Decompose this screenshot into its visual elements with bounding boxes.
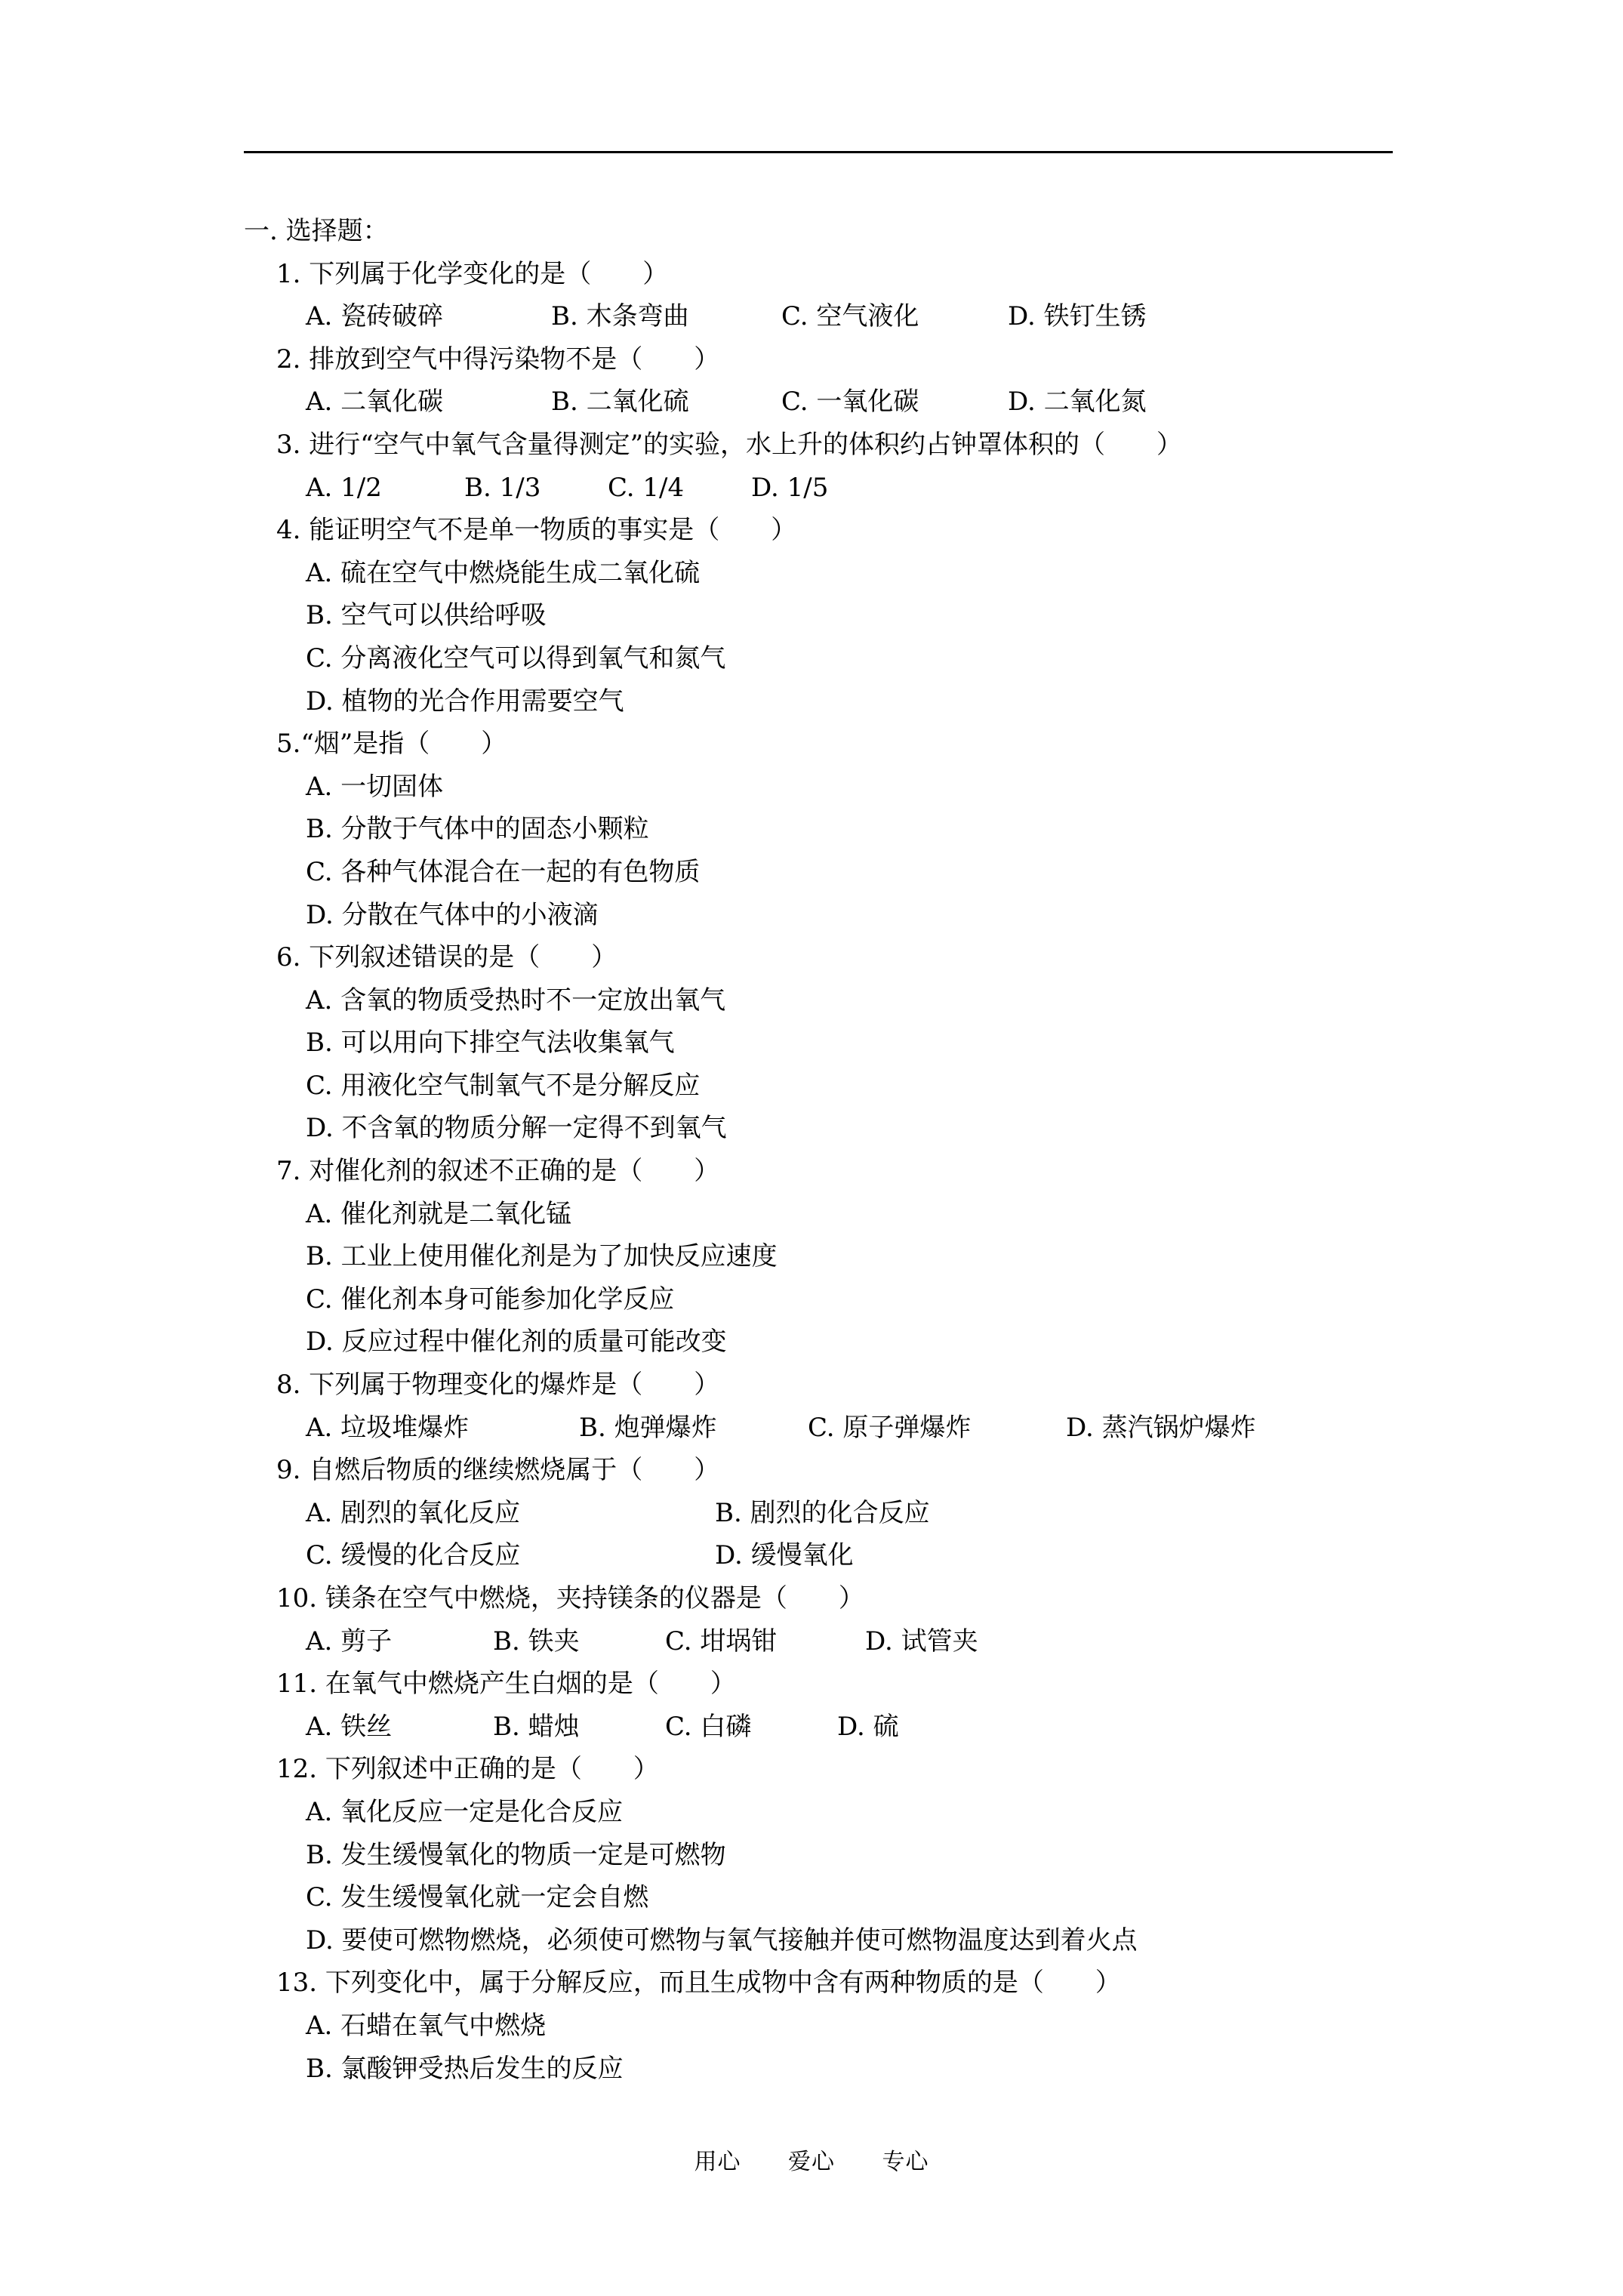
answer-option: C. 缓慢的化合反应 [306,1534,715,1577]
answer-option: C. 一氧化碳 [781,381,1008,424]
answer-option: D. 反应过程中催化剂的质量可能改变 [244,1321,1421,1364]
question-stem: 1. 下列属于化学变化的是（ ） [244,253,1421,296]
section-title: 一. 选择题： [244,210,1421,253]
answer-option: A. 1/2 [306,467,464,510]
answer-option: D. 分散在气体中的小液滴 [244,894,1421,937]
answer-option: D. 试管夹 [865,1620,1016,1663]
options-row: A. 剪子B. 铁夹C. 坩埚钳D. 试管夹 [244,1620,1421,1663]
answer-option: A. 二氧化碳 [306,381,551,424]
footer-text-2: 爱心 [788,2143,835,2176]
question-stem: 2. 排放到空气中得污染物不是（ ） [244,338,1421,381]
header-rule [244,151,1393,153]
answer-option: C. 白磷 [665,1706,837,1749]
answer-option: C. 各种气体混合在一起的有色物质 [244,851,1421,894]
options-row: A. 铁丝B. 蜡烛C. 白磷D. 硫 [244,1706,1421,1749]
page-footer: 用心 爱心 专心 [0,2143,1623,2176]
answer-option: D. 不含氧的物质分解一定得不到氧气 [244,1107,1421,1150]
answer-option: D. 要使可燃物燃烧，必须使可燃物与氧气接触并使可燃物温度达到着火点 [244,1919,1421,1962]
question-stem: 8. 下列属于物理变化的爆炸是（ ） [244,1364,1421,1407]
answer-option: B. 蜡烛 [493,1706,665,1749]
question-stem: 13. 下列变化中，属于分解反应，而且生成物中含有两种物质的是（ ） [244,1962,1421,2005]
answer-option: C. 原子弹爆炸 [808,1407,1066,1450]
answer-option: B. 木条弯曲 [551,295,781,338]
question-stem: 12. 下列叙述中正确的是（ ） [244,1748,1421,1791]
answer-option: B. 铁夹 [493,1620,665,1663]
options-row: A. 瓷砖破碎B. 木条弯曲C. 空气液化D. 铁钉生锈 [244,295,1421,338]
options-row: C. 缓慢的化合反应D. 缓慢氧化 [244,1534,1421,1577]
answer-option: A. 石蜡在氧气中燃烧 [244,2005,1421,2048]
answer-option: B. 二氧化硫 [551,381,781,424]
answer-option: A. 瓷砖破碎 [306,295,551,338]
options-row: A. 1/2B. 1/3C. 1/4D. 1/5 [244,467,1421,510]
question-stem: 6. 下列叙述错误的是（ ） [244,936,1421,979]
answer-option: B. 分散于气体中的固态小颗粒 [244,808,1421,851]
answer-option: A. 垃圾堆爆炸 [306,1407,579,1450]
answer-option: C. 催化剂本身可能参加化学反应 [244,1278,1421,1321]
answer-option: B. 工业上使用催化剂是为了加快反应速度 [244,1235,1421,1278]
answer-option: B. 炮弹爆炸 [579,1407,808,1450]
answer-option: A. 催化剂就是二氧化锰 [244,1193,1421,1236]
footer-text-3: 专心 [882,2143,929,2176]
answer-option: D. 铁钉生锈 [1008,295,1159,338]
answer-option: A. 一切固体 [244,766,1421,809]
answer-option: A. 氧化反应一定是化合反应 [244,1791,1421,1834]
options-row: A. 垃圾堆爆炸B. 炮弹爆炸C. 原子弹爆炸D. 蒸汽锅炉爆炸 [244,1407,1421,1450]
question-stem: 11. 在氧气中燃烧产生白烟的是（ ） [244,1663,1421,1706]
answer-option: A. 剪子 [306,1620,493,1663]
answer-option: B. 发生缓慢氧化的物质一定是可燃物 [244,1834,1421,1877]
answer-option: A. 含氧的物质受热时不一定放出氧气 [244,979,1421,1022]
options-row: A. 二氧化碳B. 二氧化硫C. 一氧化碳D. 二氧化氮 [244,381,1421,424]
answer-option: C. 用液化空气制氧气不是分解反应 [244,1065,1421,1108]
question-stem: 7. 对催化剂的叙述不正确的是（ ） [244,1150,1421,1193]
question-stem: 3. 进行“空气中氧气含量得测定”的实验，水上升的体积约占钟罩体积的（ ） [244,424,1421,467]
answer-option: D. 1/5 [751,467,842,510]
question-stem: 4. 能证明空气不是单一物质的事实是（ ） [244,509,1421,552]
answer-option: A. 硫在空气中燃烧能生成二氧化硫 [244,552,1421,595]
answer-option: A. 铁丝 [306,1706,493,1749]
answer-option: D. 蒸汽锅炉爆炸 [1066,1407,1292,1450]
answer-option: C. 坩埚钳 [665,1620,865,1663]
answer-option: B. 1/3 [464,467,608,510]
answer-option: D. 植物的光合作用需要空气 [244,680,1421,723]
answer-option: D. 二氧化氮 [1008,381,1159,424]
answer-option: A. 剧烈的氧化反应 [306,1492,715,1535]
answer-option: C. 空气液化 [781,295,1008,338]
answer-option: D. 缓慢氧化 [715,1534,1017,1577]
answer-option: D. 硫 [837,1706,988,1749]
options-row: A. 剧烈的氧化反应B. 剧烈的化合反应 [244,1492,1421,1535]
answer-option: C. 1/4 [608,467,751,510]
answer-option: B. 剧烈的化合反应 [715,1492,1017,1535]
answer-option: B. 可以用向下排空气法收集氧气 [244,1022,1421,1065]
question-stem: 10. 镁条在空气中燃烧，夹持镁条的仪器是（ ） [244,1577,1421,1620]
question-stem: 5.“烟”是指（ ） [244,723,1421,766]
answer-option: C. 分离液化空气可以得到氧气和氮气 [244,637,1421,680]
question-list: 一. 选择题： 1. 下列属于化学变化的是（ ）A. 瓷砖破碎B. 木条弯曲C.… [244,210,1421,2090]
answer-option: B. 氯酸钾受热后发生的反应 [244,2048,1421,2091]
answer-option: B. 空气可以供给呼吸 [244,594,1421,637]
answer-option: C. 发生缓慢氧化就一定会自燃 [244,1876,1421,1919]
footer-text-1: 用心 [694,2143,741,2176]
question-stem: 9. 自燃后物质的继续燃烧属于（ ） [244,1449,1421,1492]
